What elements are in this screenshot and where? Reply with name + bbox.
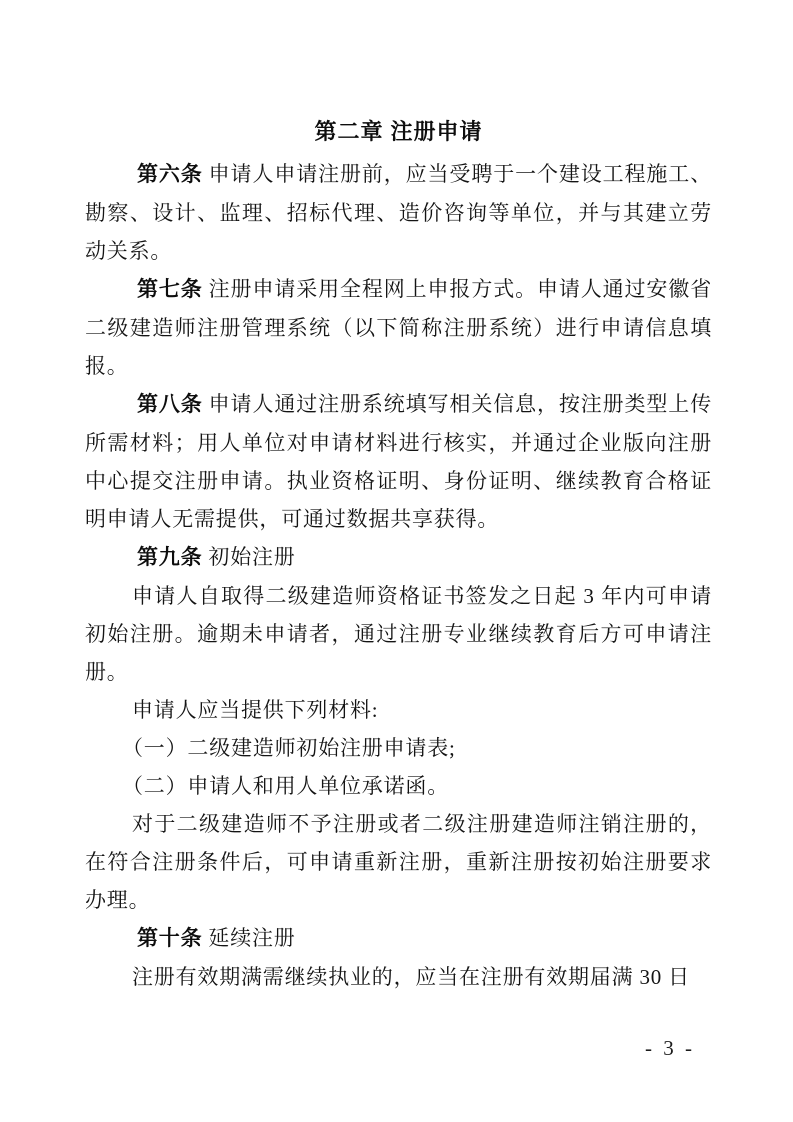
- article-paragraph: 第六条申请人申请注册前，应当受聘于一个建设工程施工、勘察、设计、监理、招标代理、…: [85, 155, 712, 270]
- paragraph-text: 申请人应当提供下列材料:: [132, 698, 378, 722]
- body-paragraph: 注册有效期满需继续执业的，应当在注册有效期届满 30 日: [85, 958, 712, 996]
- paragraph-text: 延续注册: [208, 926, 295, 950]
- article-number: 第十条: [137, 927, 202, 950]
- article-number: 第九条: [137, 546, 202, 569]
- article-number: 第七条: [137, 278, 203, 301]
- document-page: 第二章 注册申请 第六条申请人申请注册前，应当受聘于一个建设工程施工、勘察、设计…: [0, 0, 793, 1122]
- article-number: 第六条: [137, 163, 203, 186]
- paragraph-text: 申请人自取得二级建造师资格证书签发之日起 3 年内可申请初始注册。逾期未申请者，…: [85, 584, 712, 684]
- document-body: 第六条申请人申请注册前，应当受聘于一个建设工程施工、勘察、设计、监理、招标代理、…: [85, 155, 712, 996]
- body-paragraph: 对于二级建造师不予注册或者二级注册建造师注销注册的，在符合注册条件后，可申请重新…: [85, 805, 712, 919]
- page-number: - 3 -: [645, 1036, 695, 1060]
- body-paragraph: 申请人自取得二级建造师资格证书签发之日起 3 年内可申请初始注册。逾期未申请者，…: [85, 577, 712, 691]
- article-paragraph: 第七条注册申请采用全程网上申报方式。申请人通过安徽省二级建造师注册管理系统（以下…: [85, 270, 712, 385]
- paragraph-text: 注册有效期满需继续执业的，应当在注册有效期届满 30 日: [132, 965, 690, 989]
- paragraph-text: （一）二级建造师初始注册申请表;: [122, 736, 456, 760]
- article-paragraph: 第八条申请人通过注册系统填写相关信息，按注册类型上传所需材料；用人单位对申请材料…: [85, 385, 712, 538]
- article-paragraph: 第九条初始注册: [85, 538, 712, 577]
- article-number: 第八条: [137, 393, 203, 416]
- list-item-paragraph: （二）申请人和用人单位承诺函。: [85, 767, 712, 805]
- paragraph-text: 初始注册: [208, 545, 295, 569]
- chapter-title: 第二章 注册申请: [85, 113, 712, 151]
- paragraph-text: 对于二级建造师不予注册或者二级注册建造师注销注册的，在符合注册条件后，可申请重新…: [85, 812, 712, 912]
- paragraph-text: （二）申请人和用人单位承诺函。: [122, 774, 449, 798]
- article-paragraph: 第十条延续注册: [85, 919, 712, 958]
- list-item-paragraph: （一）二级建造师初始注册申请表;: [85, 729, 712, 767]
- body-paragraph: 申请人应当提供下列材料:: [85, 691, 712, 729]
